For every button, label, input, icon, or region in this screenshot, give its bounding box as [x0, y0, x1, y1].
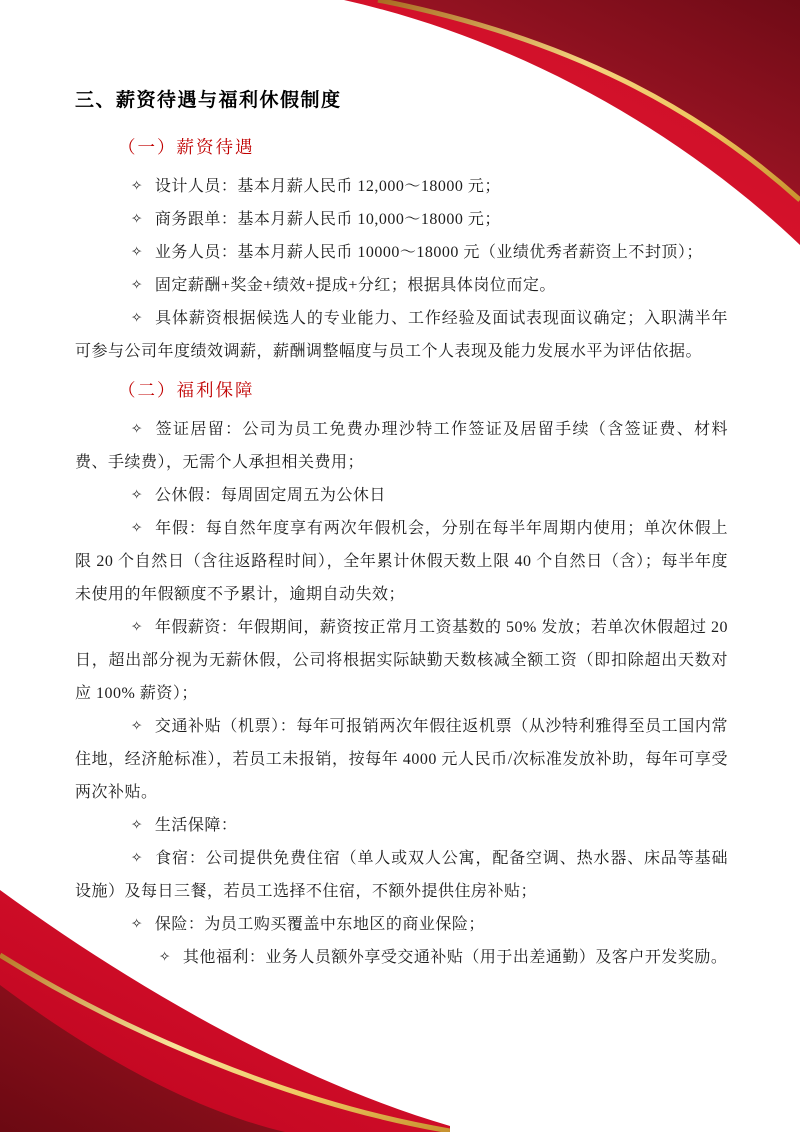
- item-text: 交通补贴（机票）：每年可报销两次年假往返机票（从沙特利雅得至员工国内常住地，经济…: [75, 718, 728, 801]
- list-item: ✧设计人员：基本月薪人民币 12,000～18000 元；: [75, 170, 728, 203]
- document-content: 三、薪资待遇与福利休假制度 （一）薪资待遇 ✧设计人员：基本月薪人民币 12,0…: [75, 88, 728, 974]
- diamond-bullet-icon: ✧: [103, 610, 143, 643]
- diamond-bullet-icon: ✧: [103, 169, 143, 202]
- diamond-bullet-icon: ✧: [103, 511, 143, 544]
- list-item: ✧商务跟单：基本月薪人民币 10,000～18000 元；: [75, 203, 728, 236]
- item-text: 具体薪资根据候选人的专业能力、工作经验及面试表现面议确定；入职满半年可参与公司年…: [75, 310, 728, 360]
- list-item: ✧交通补贴（机票）：每年可报销两次年假往返机票（从沙特利雅得至员工国内常住地，经…: [75, 710, 728, 809]
- diamond-bullet-icon: ✧: [103, 808, 143, 841]
- item-text: 生活保障：: [155, 817, 238, 834]
- list-item: ✧具体薪资根据候选人的专业能力、工作经验及面试表现面议确定；入职满半年可参与公司…: [75, 302, 728, 368]
- diamond-bullet-icon: ✧: [103, 907, 143, 940]
- diamond-bullet-icon: ✧: [103, 709, 143, 742]
- item-text: 年假：每自然年度享有两次年假机会，分别在每半年周期内使用；单次休假上限 20 个…: [75, 520, 728, 603]
- item-text: 商务跟单：基本月薪人民币 10,000～18000 元；: [155, 211, 501, 228]
- page-title: 三、薪资待遇与福利休假制度: [75, 88, 728, 114]
- section-heading-salary: （一）薪资待遇: [118, 132, 728, 162]
- list-item: ✧年假薪资：年假期间，薪资按正常月工资基数的 50% 发放；若单次休假超过 20…: [75, 611, 728, 710]
- item-text: 公休假：每周固定周五为公休日: [155, 487, 386, 504]
- item-text: 其他福利：业务人员额外享受交通补贴（用于出差通勤）及客户开发奖励。: [183, 949, 728, 966]
- item-text: 保险：为员工购买覆盖中东地区的商业保险；: [155, 916, 485, 933]
- item-text: 年假薪资：年假期间，薪资按正常月工资基数的 50% 发放；若单次休假超过 20 …: [75, 619, 728, 702]
- item-text: 业务人员：基本月薪人民币 10000～18000 元（业绩优秀者薪资上不封顶）；: [155, 244, 703, 261]
- list-item: ✧业务人员：基本月薪人民币 10000～18000 元（业绩优秀者薪资上不封顶）…: [75, 236, 728, 269]
- item-text: 设计人员：基本月薪人民币 12,000～18000 元；: [155, 178, 501, 195]
- section-heading-benefits: （二）福利保障: [118, 375, 728, 405]
- item-text: 固定薪酬+奖金+绩效+提成+分红；根据具体岗位而定。: [155, 277, 556, 294]
- list-item: ✧食宿：公司提供免费住宿（单人或双人公寓，配备空调、热水器、床品等基础设施）及每…: [75, 842, 728, 908]
- list-item: ✧保险：为员工购买覆盖中东地区的商业保险；: [75, 908, 728, 941]
- document-page: 三、薪资待遇与福利休假制度 （一）薪资待遇 ✧设计人员：基本月薪人民币 12,0…: [0, 0, 800, 1132]
- list-item: ✧固定薪酬+奖金+绩效+提成+分红；根据具体岗位而定。: [75, 269, 728, 302]
- diamond-bullet-icon: ✧: [103, 478, 143, 511]
- diamond-bullet-icon: ✧: [103, 202, 143, 235]
- diamond-bullet-icon: ✧: [103, 412, 143, 445]
- diamond-bullet-icon: ✧: [103, 235, 143, 268]
- diamond-bullet-icon: ✧: [103, 301, 143, 334]
- list-item: ✧生活保障：: [75, 809, 728, 842]
- list-item: ✧年假：每自然年度享有两次年假机会，分别在每半年周期内使用；单次休假上限 20 …: [75, 512, 728, 611]
- diamond-bullet-icon: ✧: [117, 940, 171, 973]
- item-text: 食宿：公司提供免费住宿（单人或双人公寓，配备空调、热水器、床品等基础设施）及每日…: [75, 850, 728, 900]
- list-item: ✧签证居留：公司为员工免费办理沙特工作签证及居留手续（含签证费、材料费、手续费）…: [75, 413, 728, 479]
- item-text: 签证居留：公司为员工免费办理沙特工作签证及居留手续（含签证费、材料费、手续费），…: [75, 421, 728, 471]
- list-item: ✧公休假：每周固定周五为公休日: [75, 479, 728, 512]
- diamond-bullet-icon: ✧: [103, 268, 143, 301]
- diamond-bullet-icon: ✧: [103, 841, 143, 874]
- list-item: ✧其他福利：业务人员额外享受交通补贴（用于出差通勤）及客户开发奖励。: [75, 941, 728, 974]
